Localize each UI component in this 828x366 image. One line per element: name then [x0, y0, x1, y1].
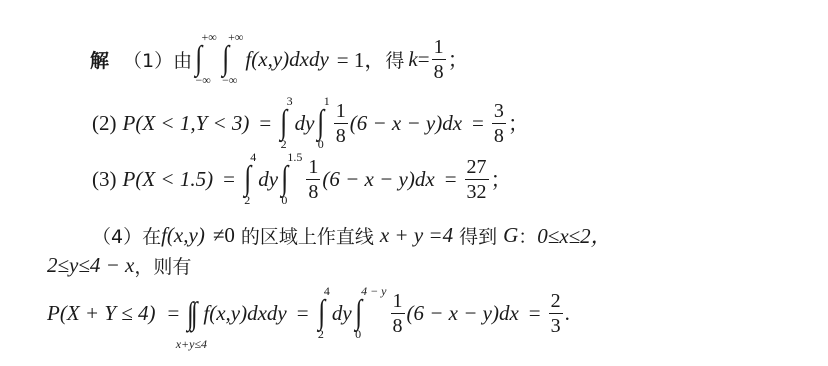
- integrand: (6 − x − y)dx: [407, 301, 519, 326]
- integral-sign-icon: ∫: [318, 106, 325, 140]
- equals: =: [259, 111, 271, 136]
- coefficient: 18: [334, 101, 348, 146]
- semicolon: ；: [508, 108, 529, 138]
- text: 得: [385, 46, 404, 73]
- not-equal: ≠0: [213, 223, 235, 248]
- period: .: [565, 301, 570, 326]
- integrand: (6 − x − y)dx: [350, 111, 462, 136]
- integral-sign-icon: ∫: [355, 296, 362, 330]
- text: 得到: [459, 222, 497, 249]
- result-fraction: 23: [549, 291, 563, 336]
- solution-line-5: 2≤y≤4 − x ，则有: [47, 252, 191, 279]
- part-label: (2): [92, 111, 117, 136]
- integral-sign-icon: ∫: [222, 42, 229, 76]
- part-label: （4）在: [92, 222, 161, 249]
- text: ，则有: [134, 252, 191, 279]
- colon: ：: [518, 222, 537, 249]
- probability: P(X < 1.5): [123, 167, 214, 192]
- integrand: (6 − x − y)dx: [322, 167, 434, 192]
- solution-line-4: （4）在 f(x,y) ≠0 的区域上作直线 x + y =4 得到 G ： 0…: [92, 220, 612, 250]
- integrand: f(x,y)dxdy: [203, 301, 286, 326]
- equals-text: = 1，: [337, 44, 386, 74]
- solution-label: 解: [90, 46, 109, 73]
- part-label: (3): [92, 167, 117, 192]
- condition: 0≤x≤2，: [537, 220, 611, 250]
- part-label: （1）由: [123, 46, 192, 73]
- solution-line-1: 解 （1）由 ∫ +∞−∞ ∫ +∞−∞ f(x,y)dxdy = 1， 得 k…: [90, 36, 469, 82]
- integrand: f(x,y)dxdy: [245, 47, 328, 72]
- integral: ∫ 32: [279, 100, 292, 146]
- equals: =: [529, 301, 541, 326]
- semicolon: ；: [448, 44, 469, 74]
- equals: =: [223, 167, 235, 192]
- integration-region: x+y≤4: [176, 337, 207, 352]
- probability: P(X < 1,Y < 3): [123, 111, 250, 136]
- result-fraction: 2732: [465, 157, 489, 202]
- equals: =: [168, 301, 180, 326]
- line-equation: x + y =4: [380, 223, 453, 248]
- integral: ∫ 42: [317, 290, 330, 336]
- variable: k: [408, 47, 417, 72]
- condition: 2≤y≤4 − x: [47, 253, 134, 278]
- differential: dy: [332, 301, 352, 326]
- differential: dy: [258, 167, 278, 192]
- equals: =: [445, 167, 457, 192]
- solution-line-3: (3) P(X < 1.5) = ∫ 42 dy ∫ 1.50 18 (6 − …: [92, 156, 512, 202]
- differential: dy: [295, 111, 315, 136]
- equals: =: [472, 111, 484, 136]
- integral: ∫ 42: [243, 156, 256, 202]
- integral-sign-icon: ∫: [280, 106, 287, 140]
- region-name: G: [503, 223, 518, 248]
- integral-sign-icon: ∫: [244, 162, 251, 196]
- text: 的区域上作直线: [241, 222, 374, 249]
- integral: ∫ 1.50: [280, 156, 302, 202]
- integral: ∫ 4 − y0: [354, 290, 387, 336]
- semicolon: ；: [491, 164, 512, 194]
- equals: =: [418, 47, 430, 72]
- function: f(x,y): [161, 223, 205, 248]
- integral-sign-icon: ∫: [318, 296, 325, 330]
- integral: ∫ 10: [316, 100, 329, 146]
- solution-line-6: P(X + Y ≤ 4) = ∫∫ x+y≤4 f(x,y)dxdy = ∫ 4…: [47, 290, 570, 336]
- integral: ∫ +∞−∞: [194, 36, 217, 82]
- fraction: 18: [432, 37, 446, 82]
- result-fraction: 38: [492, 101, 506, 146]
- coefficient: 18: [306, 157, 320, 202]
- integral-sign-icon: ∫: [281, 162, 288, 196]
- probability: P(X + Y ≤ 4): [47, 301, 156, 326]
- integral: ∫ +∞−∞: [221, 36, 244, 82]
- integral-sign-icon: ∫: [195, 42, 202, 76]
- solution-line-2: (2) P(X < 1,Y < 3) = ∫ 32 dy ∫ 10 18 (6 …: [92, 100, 529, 146]
- coefficient: 18: [391, 291, 405, 336]
- equals: =: [297, 301, 309, 326]
